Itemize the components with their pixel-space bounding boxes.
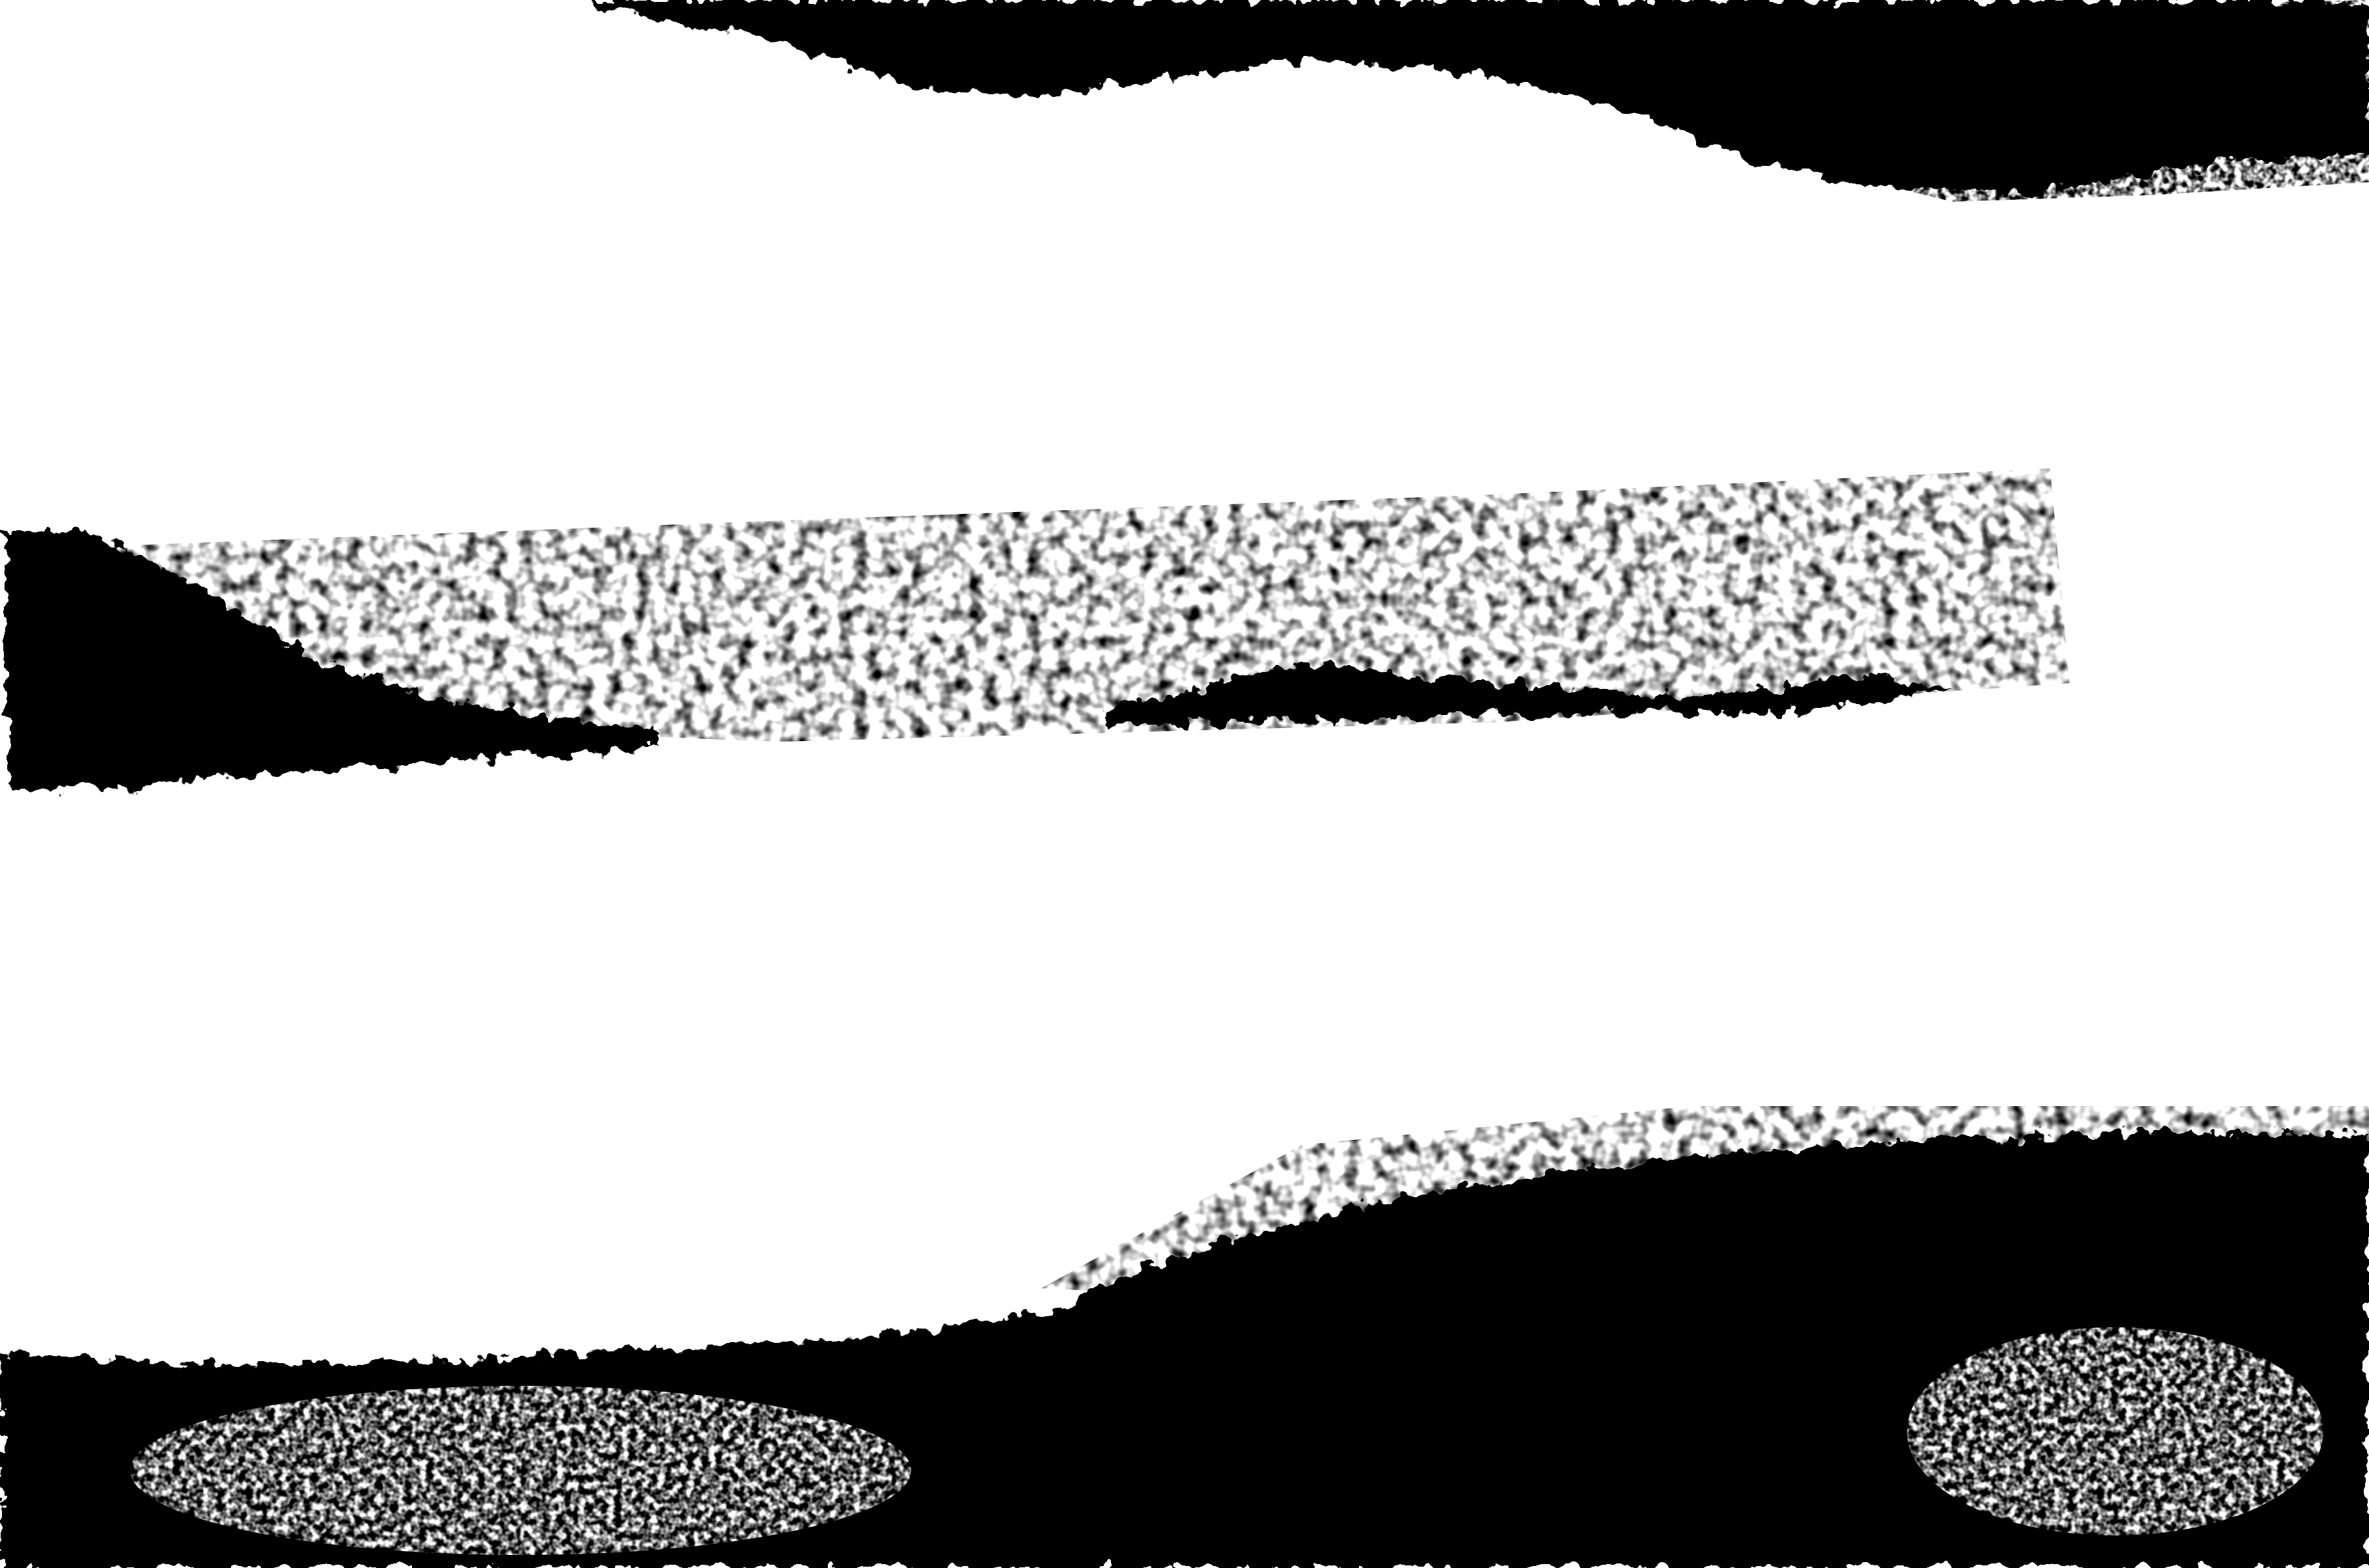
grunge-texture [0,0,2369,1568]
middle-stroke-speckle [98,468,2070,742]
top-stroke-grain [1757,0,2369,202]
